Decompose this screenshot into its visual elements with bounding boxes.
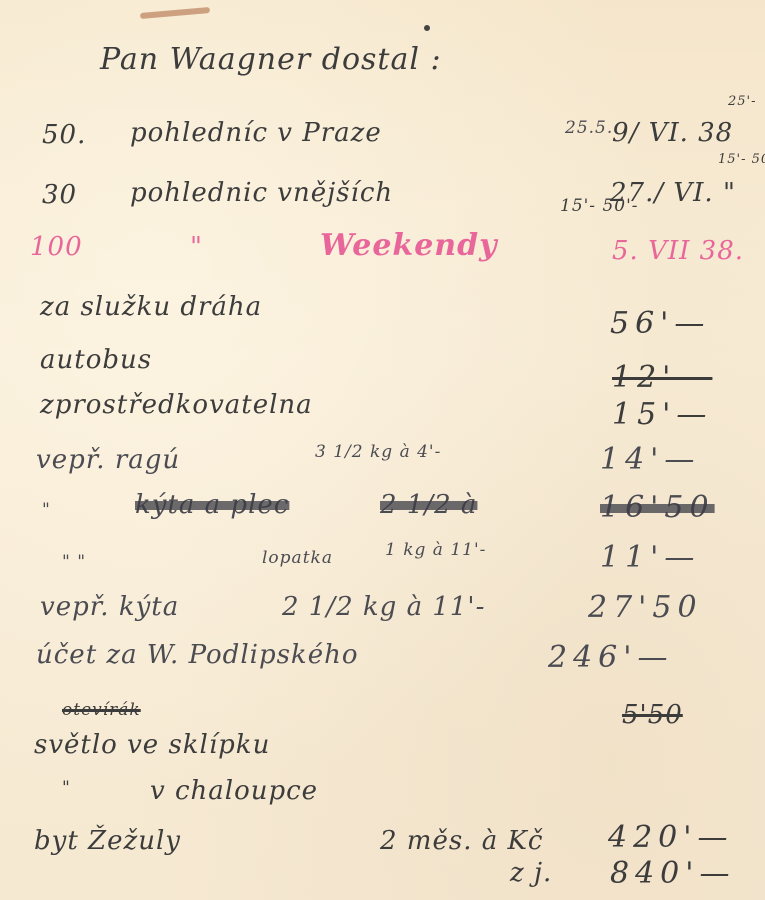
entry-item: za služku dráha [40,292,262,322]
entry-amount: 420'— [608,820,734,855]
entry-amount: 16'50 [600,490,715,525]
entry-amount: 11'— [600,540,700,575]
entry-item: vepř. ragú [36,445,180,475]
entry-detail: 2 1/2 kg à 11'- [282,592,485,622]
total-label: z j. [510,858,552,888]
entry-amount: 27'50 [588,590,703,625]
entry-detail: 25.5. [565,118,613,138]
entry-detail: 1 kg à 11'- [385,540,486,560]
entry-item: v chaloupce [150,776,318,806]
ink-dot [424,25,430,31]
entry-item: světlo ve sklípku [34,730,270,760]
entry-qty: 30 [42,180,77,210]
entry-detail: 2 1/2 à [380,490,477,520]
entry-item: otevírák [62,700,141,720]
entry-ditto: " [190,232,203,262]
entry-item: vepř. kýta [40,592,179,622]
entry-detail: 3 1/2 kg à 4'- [315,442,441,462]
entry-amount: 56'— [610,306,710,341]
entry-side-note: 15'- 50'- [718,152,765,167]
entry-amount: 14'— [600,442,700,477]
entry-amount: 5'50 [622,700,683,730]
entry-qty: 100 [30,232,83,262]
entry-amount: 246'— [548,640,674,675]
page-title: Pan Waagner dostal : [100,42,442,77]
entry-date: 9/ VI. 38 [612,118,733,148]
entry-item: Weekendy [320,228,498,263]
entry-qty: 50. [42,120,86,150]
entry-amount: 12'— [612,360,712,395]
entry-item: pohlednic vnějších [130,178,393,208]
entry-item: pohledníc v Praze [130,118,382,148]
entry-amount: 15'— [612,397,712,432]
entry-date: 5. VII 38. [612,236,744,266]
total-amount: 840'— [610,856,736,891]
entry-ditto: " " [62,552,86,572]
entry-item: kýta a plec [135,490,289,520]
entry-item: lopatka [262,548,333,568]
entry-side-note: 25'- [728,94,757,109]
entry-date: 27./ VI. " [610,178,736,208]
entry-item: zprostředkovatelna [40,390,313,420]
entry-ditto: " [62,778,71,798]
entry-detail: 2 měs. à Kč [380,826,543,856]
entry-item: autobus [40,345,152,375]
entry-ditto: " [42,500,51,520]
entry-item: účet za W. Podlipského [36,640,358,670]
entry-item: byt Žežuly [34,826,181,856]
